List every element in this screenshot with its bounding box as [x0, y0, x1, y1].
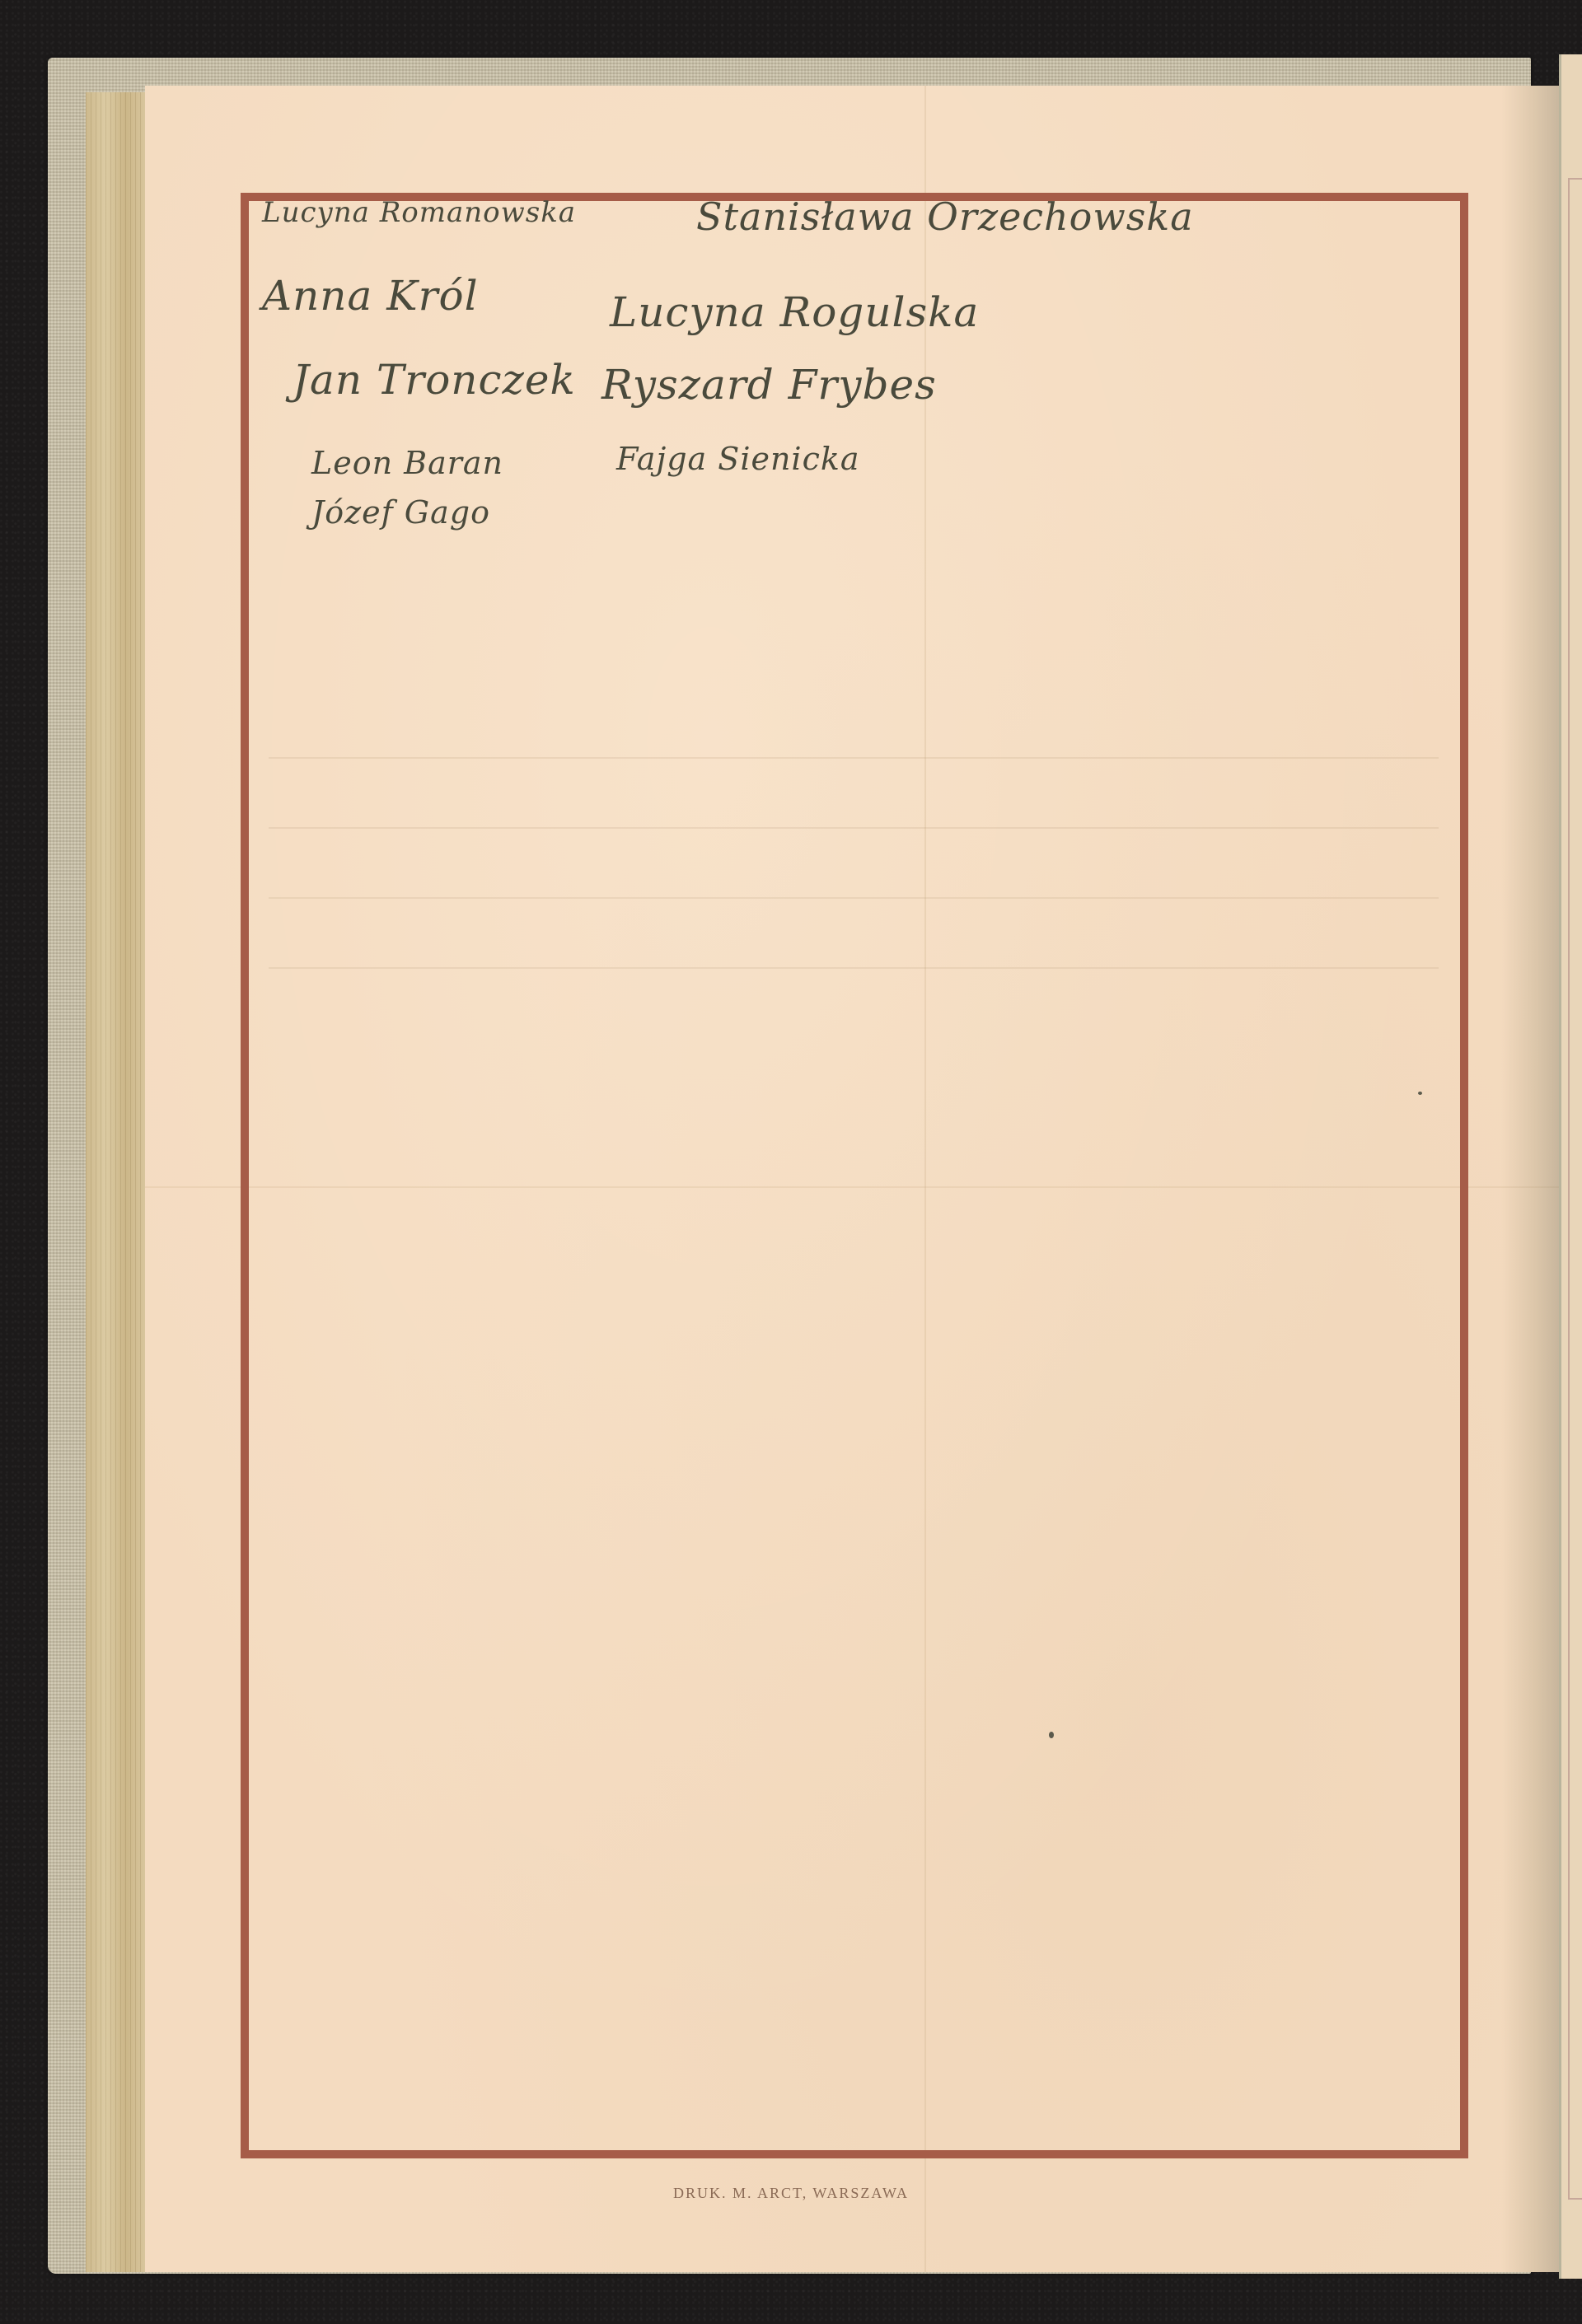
- signature: Jan Tronczek: [293, 356, 576, 404]
- ink-speck: [1418, 1092, 1422, 1095]
- signature: Anna Król: [262, 272, 479, 320]
- signature: Józef Gago: [311, 494, 490, 531]
- signature: Leon Baran: [311, 445, 503, 481]
- signature: Fajga Sienicka: [616, 441, 860, 477]
- page-edges: [86, 92, 145, 2272]
- signature: Lucyna Romanowska: [262, 196, 576, 229]
- printer-imprint: DRUK. M. ARCT, WARSZAWA: [0, 2185, 1582, 2202]
- signature: Lucyna Rogulska: [610, 288, 979, 336]
- ink-speck: [1049, 1732, 1054, 1738]
- decorative-border-frame: [241, 193, 1468, 2158]
- gutter-shadow: [1501, 86, 1559, 2272]
- signature: Ryszard Frybes: [601, 361, 937, 409]
- signature: Stanisława Orzechowska: [696, 194, 1194, 239]
- facing-page-edge: [1559, 54, 1582, 2279]
- facing-page-ornament: [1568, 178, 1582, 2200]
